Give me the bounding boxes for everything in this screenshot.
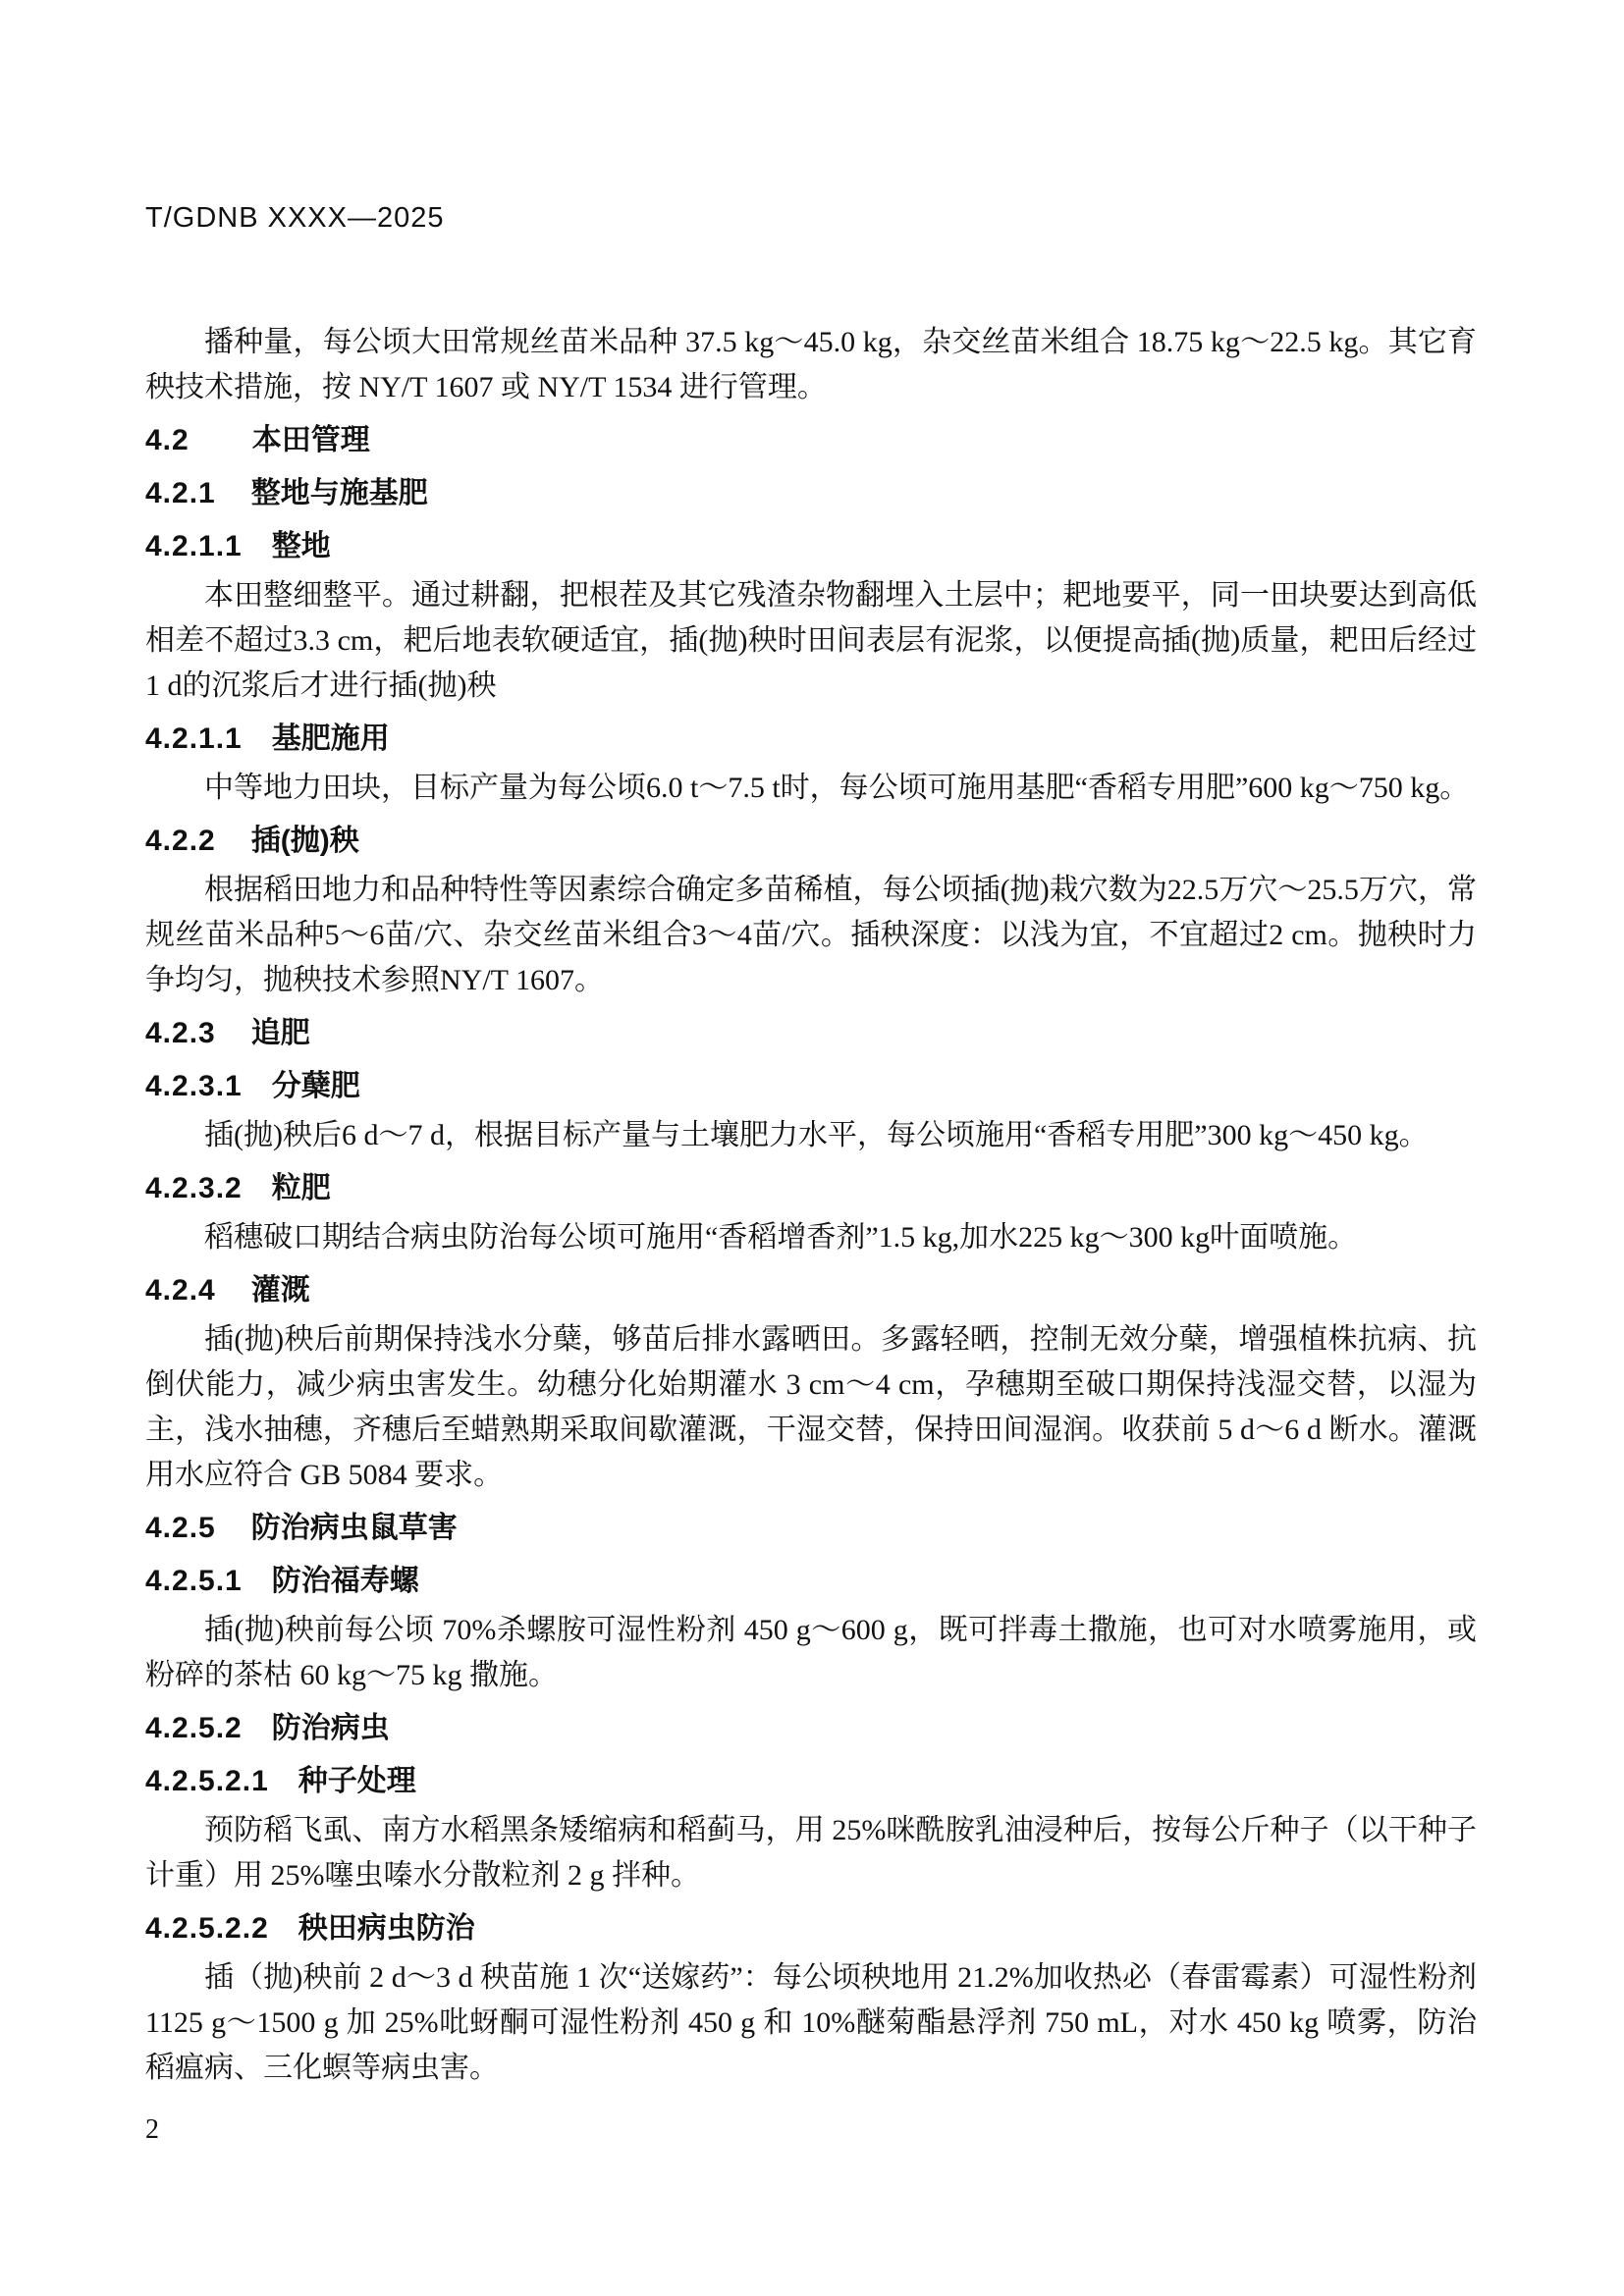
document-page: T/GDNB XXXX—2025 播种量，每公顷大田常规丝苗米品种 37.5 k… bbox=[0, 0, 1624, 2296]
page-number: 2 bbox=[145, 2109, 1477, 2152]
heading-4-2-5-pest-control: 4.2.5防治病虫鼠草害 bbox=[145, 1506, 1477, 1551]
heading-title: 种子处理 bbox=[298, 1765, 416, 1797]
paragraph-apple-snail-control: 插(抛)秧前每公顷 70%杀螺胺可湿性粉剂 450 g～600 g，既可拌毒土撒… bbox=[145, 1608, 1477, 1698]
heading-title: 防治福寿螺 bbox=[272, 1565, 419, 1597]
paragraph-grain-fertilizer: 稻穗破口期结合病虫防治每公顷可施用“香稻增香剂”1.5 kg,加水225 kg～… bbox=[145, 1215, 1477, 1260]
heading-4-2-3-topdressing: 4.2.3追肥 bbox=[145, 1011, 1477, 1056]
heading-number: 4.2.4 bbox=[145, 1268, 216, 1313]
heading-number: 4.2.5.2.2 bbox=[145, 1906, 269, 1951]
paragraph-seedbed-pest-control: 插（抛)秧前 2 d～3 d 秧苗施 1 次“送嫁药”：每公顷秧地用 21.2%… bbox=[145, 1955, 1477, 2091]
doc-code-header: T/GDNB XXXX—2025 bbox=[145, 196, 1477, 240]
heading-number: 4.2.1 bbox=[145, 471, 216, 516]
heading-title: 整地 bbox=[272, 530, 331, 562]
heading-4-2-3-2-grain-fertilizer: 4.2.3.2粒肥 bbox=[145, 1166, 1477, 1211]
heading-number: 4.2.5 bbox=[145, 1506, 216, 1551]
heading-title: 灌溉 bbox=[251, 1274, 310, 1307]
heading-number: 4.2 bbox=[145, 418, 189, 463]
heading-4-2-2-transplanting: 4.2.2插(抛)秧 bbox=[145, 819, 1477, 864]
heading-title: 本田管理 bbox=[252, 424, 370, 456]
heading-number: 4.2.5.2.1 bbox=[145, 1759, 269, 1804]
heading-number: 4.2.3.1 bbox=[145, 1064, 243, 1109]
heading-4-2-1-1-base-fertilizer: 4.2.1.1基肥施用 bbox=[145, 717, 1477, 762]
heading-4-2-5-1-apple-snail-control: 4.2.5.1防治福寿螺 bbox=[145, 1559, 1477, 1604]
heading-number: 4.2.3 bbox=[145, 1011, 216, 1056]
heading-4-2-1-land-prep-base-fertilizer: 4.2.1整地与施基肥 bbox=[145, 471, 1477, 516]
heading-title: 分蘖肥 bbox=[272, 1070, 360, 1102]
heading-4-2-4-irrigation: 4.2.4灌溉 bbox=[145, 1268, 1477, 1313]
heading-4-2-5-2-1-seed-treatment: 4.2.5.2.1种子处理 bbox=[145, 1759, 1477, 1804]
heading-4-2-1-1-land-prep: 4.2.1.1整地 bbox=[145, 524, 1477, 569]
heading-number: 4.2.5.2 bbox=[145, 1706, 243, 1751]
heading-title: 基肥施用 bbox=[272, 722, 390, 755]
paragraph-land-prep: 本田整细整平。通过耕翻，把根茬及其它残渣杂物翻埋入土层中；耙地要平，同一田块要达… bbox=[145, 573, 1477, 709]
heading-4-2-5-2-2-seedbed-pest-control: 4.2.5.2.2秧田病虫防治 bbox=[145, 1906, 1477, 1951]
paragraph-seed-treatment: 预防稻飞虱、南方水稻黑条矮缩病和稻蓟马，用 25%咪酰胺乳油浸种后，按每公斤种子… bbox=[145, 1808, 1477, 1898]
heading-title: 整地与施基肥 bbox=[251, 477, 428, 509]
heading-title: 插(抛)秧 bbox=[251, 825, 359, 857]
heading-4-2-5-2-disease-pest-control: 4.2.5.2防治病虫 bbox=[145, 1706, 1477, 1751]
heading-number: 4.2.2 bbox=[145, 819, 216, 864]
heading-number: 4.2.1.1 bbox=[145, 717, 243, 762]
heading-title: 追肥 bbox=[251, 1017, 310, 1049]
heading-number: 4.2.1.1 bbox=[145, 524, 243, 569]
paragraph-tillering-fertilizer: 插(抛)秧后6 d～7 d，根据目标产量与土壤肥力水平，每公顷施用“香稻专用肥”… bbox=[145, 1113, 1477, 1158]
heading-number: 4.2.3.2 bbox=[145, 1166, 243, 1211]
paragraph-transplanting: 根据稻田地力和品种特性等因素综合确定多苗稀植，每公顷插(抛)栽穴数为22.5万穴… bbox=[145, 868, 1477, 1003]
heading-title: 防治病虫 bbox=[272, 1712, 390, 1744]
paragraph-base-fertilizer: 中等地力田块，目标产量为每公顷6.0 t～7.5 t时，每公顷可施用基肥“香稻专… bbox=[145, 766, 1477, 811]
heading-title: 秧田病虫防治 bbox=[298, 1912, 475, 1945]
heading-title: 防治病虫鼠草害 bbox=[251, 1512, 458, 1544]
heading-title: 粒肥 bbox=[272, 1172, 331, 1204]
heading-number: 4.2.5.1 bbox=[145, 1559, 243, 1604]
paragraph-irrigation: 插(抛)秧后前期保持浅水分蘖，够苗后排水露晒田。多露轻晒，控制无效分蘖，增强植株… bbox=[145, 1317, 1477, 1498]
heading-4-2-3-1-tillering-fertilizer: 4.2.3.1分蘖肥 bbox=[145, 1064, 1477, 1109]
paragraph-seeding-rate: 播种量，每公顷大田常规丝苗米品种 37.5 kg～45.0 kg，杂交丝苗米组合… bbox=[145, 320, 1477, 410]
heading-4-2-field-management: 4.2本田管理 bbox=[145, 418, 1477, 463]
